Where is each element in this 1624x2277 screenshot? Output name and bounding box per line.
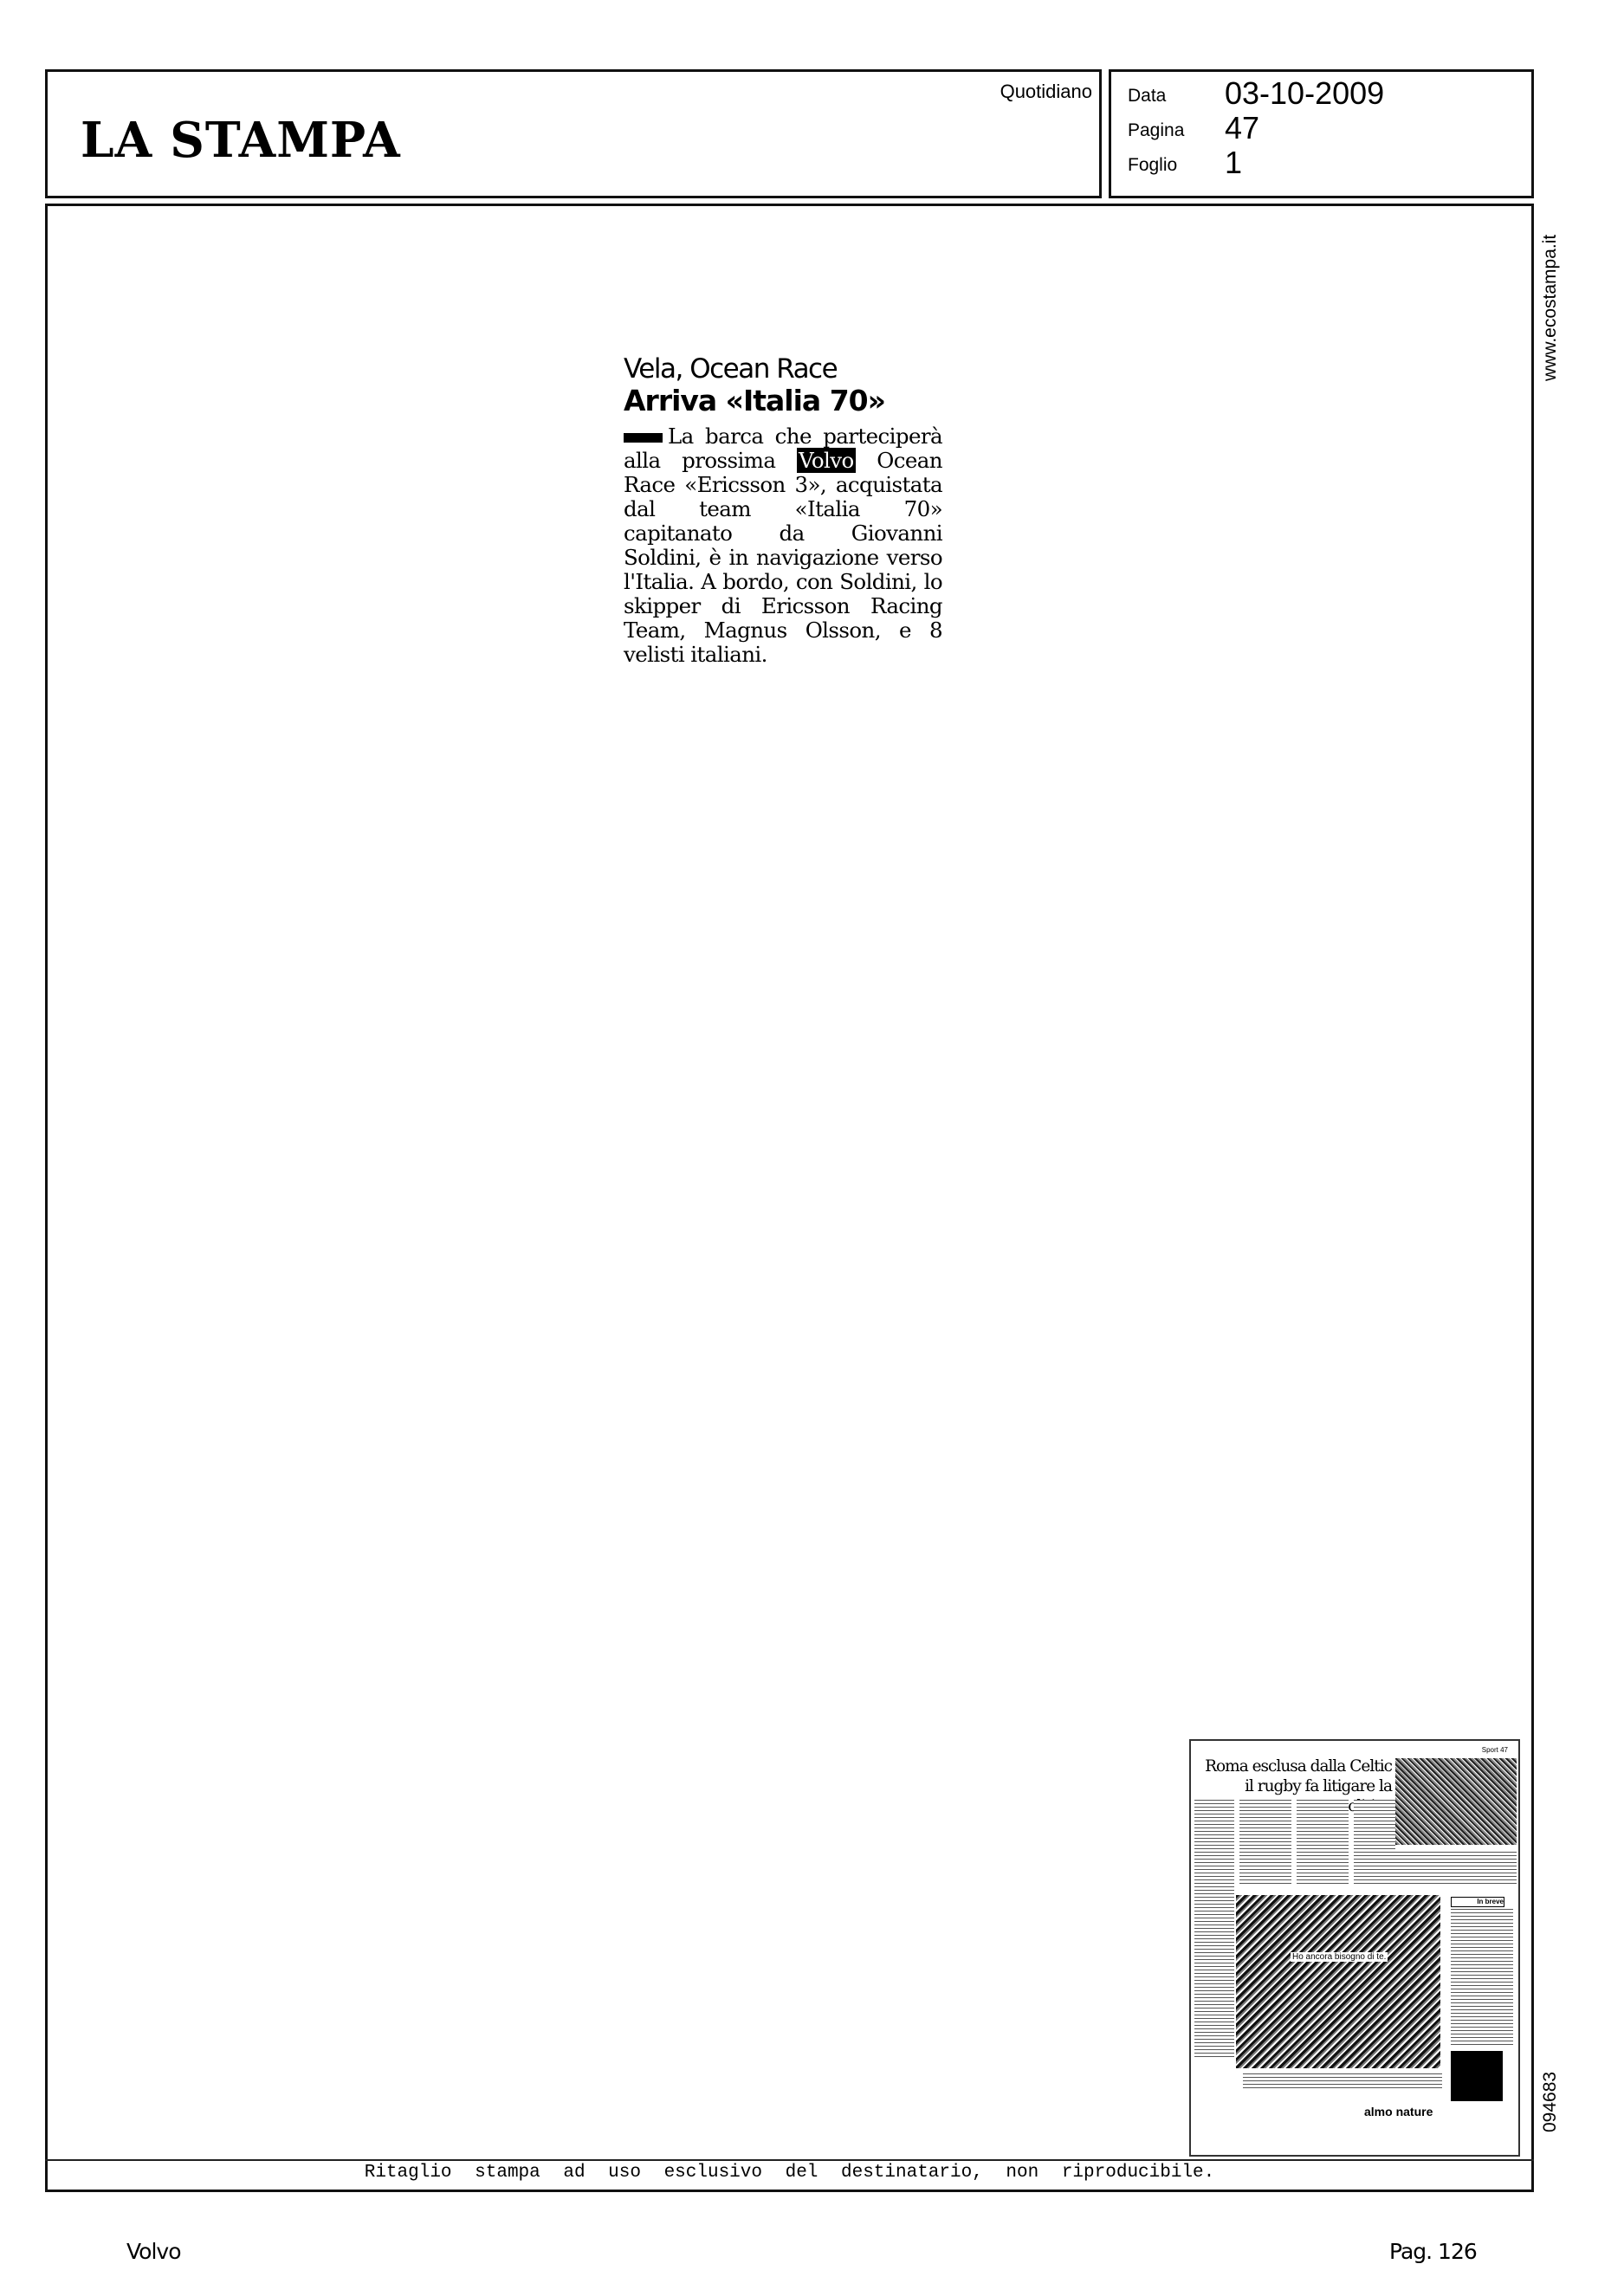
thumbnail-ad-text: Ho ancora bisogno di te. <box>1291 1952 1388 1962</box>
thumbnail-section: Sport 47 <box>1482 1746 1508 1754</box>
publication-type: Quotidiano <box>1000 81 1092 103</box>
page-value: 47 <box>1225 110 1259 146</box>
thumbnail-ad-copy <box>1243 2073 1442 2091</box>
thumbnail-highlight-box <box>1451 2051 1503 2101</box>
masthead: LA STAMPA Quotidiano <box>45 69 1102 198</box>
footer-divider <box>45 2159 1534 2161</box>
info-box: Data 03-10-2009 Pagina 47 Foglio 1 <box>1109 69 1534 198</box>
sheet-label: Foglio <box>1128 155 1177 176</box>
thumbnail-column <box>1194 1800 1234 2060</box>
document-code: 094683 <box>1540 2072 1561 2132</box>
thumbnail-ad-image <box>1236 1895 1440 2068</box>
page-thumbnail[interactable]: Sport 47 Roma esclusa dalla Celtic il ru… <box>1189 1739 1520 2157</box>
publication-logo: LA STAMPA <box>81 112 401 169</box>
article: Vela, Ocean Race Arriva «Italia 70» La b… <box>624 353 942 667</box>
thumbnail-sidebar-title: In breve <box>1451 1897 1504 1907</box>
lead-bar-icon <box>624 433 663 443</box>
thumbnail-column <box>1239 1800 1291 1886</box>
article-headline: Arriva «Italia 70» <box>624 385 942 417</box>
date-value: 03-10-2009 <box>1225 75 1384 112</box>
article-body: La barca che parteciperà alla prossima V… <box>624 424 942 667</box>
disclaimer: Ritaglio stampa ad uso esclusivo del des… <box>45 2163 1534 2183</box>
date-label: Data <box>1128 86 1166 107</box>
client-name: Volvo <box>126 2239 181 2264</box>
thumbnail-photo <box>1395 1758 1517 1845</box>
page-number: Pag. 126 <box>1389 2239 1477 2264</box>
thumbnail-brand: almo nature <box>1364 2105 1433 2119</box>
clipping-area: Vela, Ocean Race Arriva «Italia 70» La b… <box>45 204 1534 2192</box>
highlighted-keyword: Volvo <box>797 448 856 473</box>
thumbnail-column <box>1297 1800 1349 1886</box>
article-kicker: Vela, Ocean Race <box>624 353 942 385</box>
sheet-value: 1 <box>1225 145 1242 181</box>
page-label: Pagina <box>1128 120 1184 141</box>
thumbnail-column <box>1395 1852 1517 1886</box>
thumbnail-column <box>1451 1909 1513 2047</box>
thumbnail-column <box>1354 1800 1395 1886</box>
website-label: www.ecostampa.it <box>1540 235 1561 381</box>
